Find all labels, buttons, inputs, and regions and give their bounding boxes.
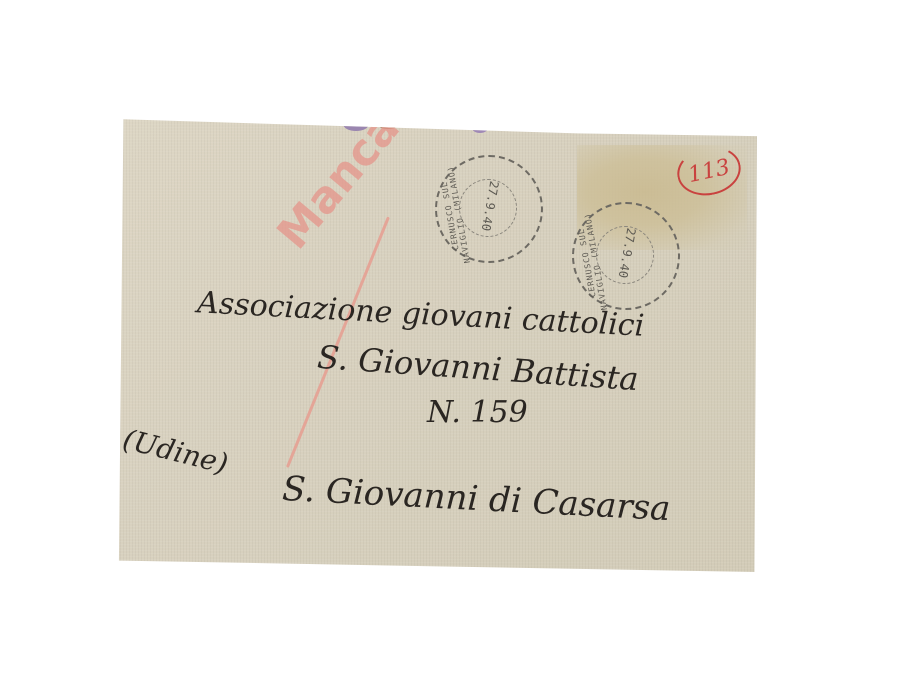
postmark: CERNUSCO SUL NAVIGLIO (MILANO) 27.9.40 bbox=[572, 202, 680, 310]
address-line-3: N. 159 bbox=[427, 395, 528, 430]
envelope: CERNUSCO SUL NAVIGLIO (MILANO) 27.9.40 C… bbox=[117, 117, 757, 572]
postmark: CERNUSCO SUL NAVIGLIO (MILANO) 27.9.40 bbox=[435, 155, 543, 263]
wax-seal-residue bbox=[472, 123, 488, 133]
